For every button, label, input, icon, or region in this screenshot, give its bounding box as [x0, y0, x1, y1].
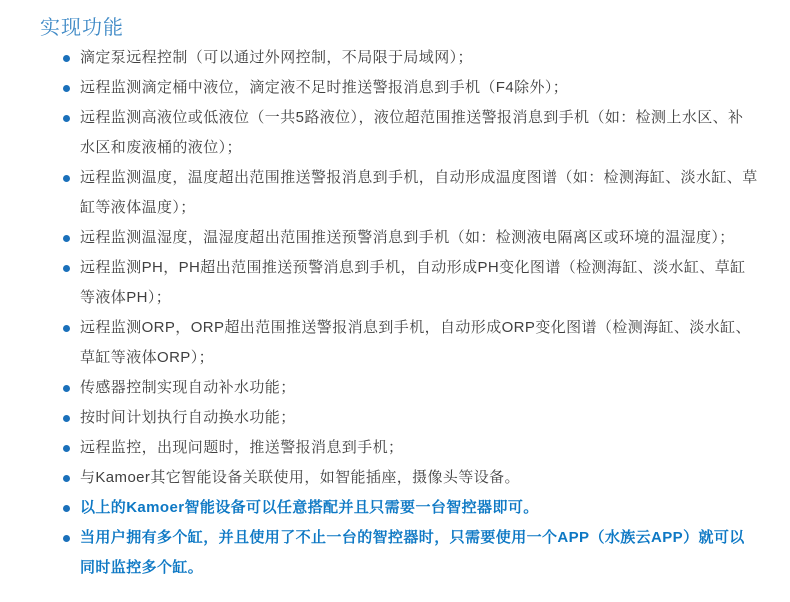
feature-text: 滴定泵远程控制（可以通过外网控制，不局限于局域网）； [80, 49, 473, 66]
list-item: 远程监测PH，PH超出范围推送预警消息到手机，自动形成PH变化图谱（检测海缸、淡… [63, 253, 758, 313]
list-item: 远程监测ORP，ORP超出范围推送警报消息到手机，自动形成ORP变化图谱（检测海… [63, 313, 758, 373]
list-item: 当用户拥有多个缸，并且使用了不止一台的智控器时，只需要使用一个APP（水族云AP… [63, 523, 758, 583]
feature-text: 远程监测滴定桶中液位，滴定液不足时推送警报消息到手机（F4除外）； [80, 79, 568, 96]
feature-text: 传感器控制实现自动补水功能； [80, 379, 296, 396]
bullet-icon [63, 175, 70, 182]
feature-text: 当用户拥有多个缸，并且使用了不止一台的智控器时，只需要使用一个APP（水族云AP… [80, 529, 745, 576]
bullet-icon [63, 265, 70, 272]
feature-text: 远程监测温湿度，温湿度超出范围推送预警消息到手机（如：检测液电隔离区或环境的温湿… [80, 229, 735, 246]
feature-text: 按时间计划执行自动换水功能； [80, 409, 296, 426]
bullet-icon [63, 55, 70, 62]
bullet-icon [63, 535, 70, 542]
feature-text: 远程监控，出现问题时，推送警报消息到手机； [80, 439, 403, 456]
feature-text: 与Kamoer其它智能设备关联使用，如智能插座，摄像头等设备。 [80, 469, 520, 486]
list-item: 远程监测高液位或低液位（一共5路液位），液位超范围推送警报消息到手机（如：检测上… [63, 103, 758, 163]
bullet-icon [63, 325, 70, 332]
feature-list: 滴定泵远程控制（可以通过外网控制，不局限于局域网）； 远程监测滴定桶中液位，滴定… [63, 43, 758, 583]
feature-text: 远程监测高液位或低液位（一共5路液位），液位超范围推送警报消息到手机（如：检测上… [80, 109, 743, 156]
list-item: 以上的Kamoer智能设备可以任意搭配并且只需要一台智控器即可。 [63, 493, 758, 523]
list-item: 远程监测温湿度，温湿度超出范围推送预警消息到手机（如：检测液电隔离区或环境的温湿… [63, 223, 758, 253]
list-item: 远程监控，出现问题时，推送警报消息到手机； [63, 433, 758, 463]
feature-text: 远程监测温度，温度超出范围推送警报消息到手机，自动形成温度图谱（如：检测海缸、淡… [80, 169, 758, 216]
list-item: 按时间计划执行自动换水功能； [63, 403, 758, 433]
feature-text: 远程监测PH，PH超出范围推送预警消息到手机，自动形成PH变化图谱（检测海缸、淡… [80, 259, 746, 306]
list-item: 与Kamoer其它智能设备关联使用，如智能插座，摄像头等设备。 [63, 463, 758, 493]
bullet-icon [63, 85, 70, 92]
bullet-icon [63, 445, 70, 452]
bullet-icon [63, 505, 70, 512]
list-item: 滴定泵远程控制（可以通过外网控制，不局限于局域网）； [63, 43, 758, 73]
page-title: 实现功能 [40, 11, 124, 40]
bullet-icon [63, 235, 70, 242]
feature-text: 以上的Kamoer智能设备可以任意搭配并且只需要一台智控器即可。 [80, 499, 539, 516]
list-item: 远程监测滴定桶中液位，滴定液不足时推送警报消息到手机（F4除外）； [63, 73, 758, 103]
feature-page: 实现功能 滴定泵远程控制（可以通过外网控制，不局限于局域网）； 远程监测滴定桶中… [0, 0, 790, 602]
bullet-icon [63, 115, 70, 122]
list-item: 远程监测温度，温度超出范围推送警报消息到手机，自动形成温度图谱（如：检测海缸、淡… [63, 163, 758, 223]
bullet-icon [63, 385, 70, 392]
bullet-icon [63, 415, 70, 422]
bullet-icon [63, 475, 70, 482]
list-item: 传感器控制实现自动补水功能； [63, 373, 758, 403]
feature-text: 远程监测ORP，ORP超出范围推送警报消息到手机，自动形成ORP变化图谱（检测海… [80, 319, 751, 366]
